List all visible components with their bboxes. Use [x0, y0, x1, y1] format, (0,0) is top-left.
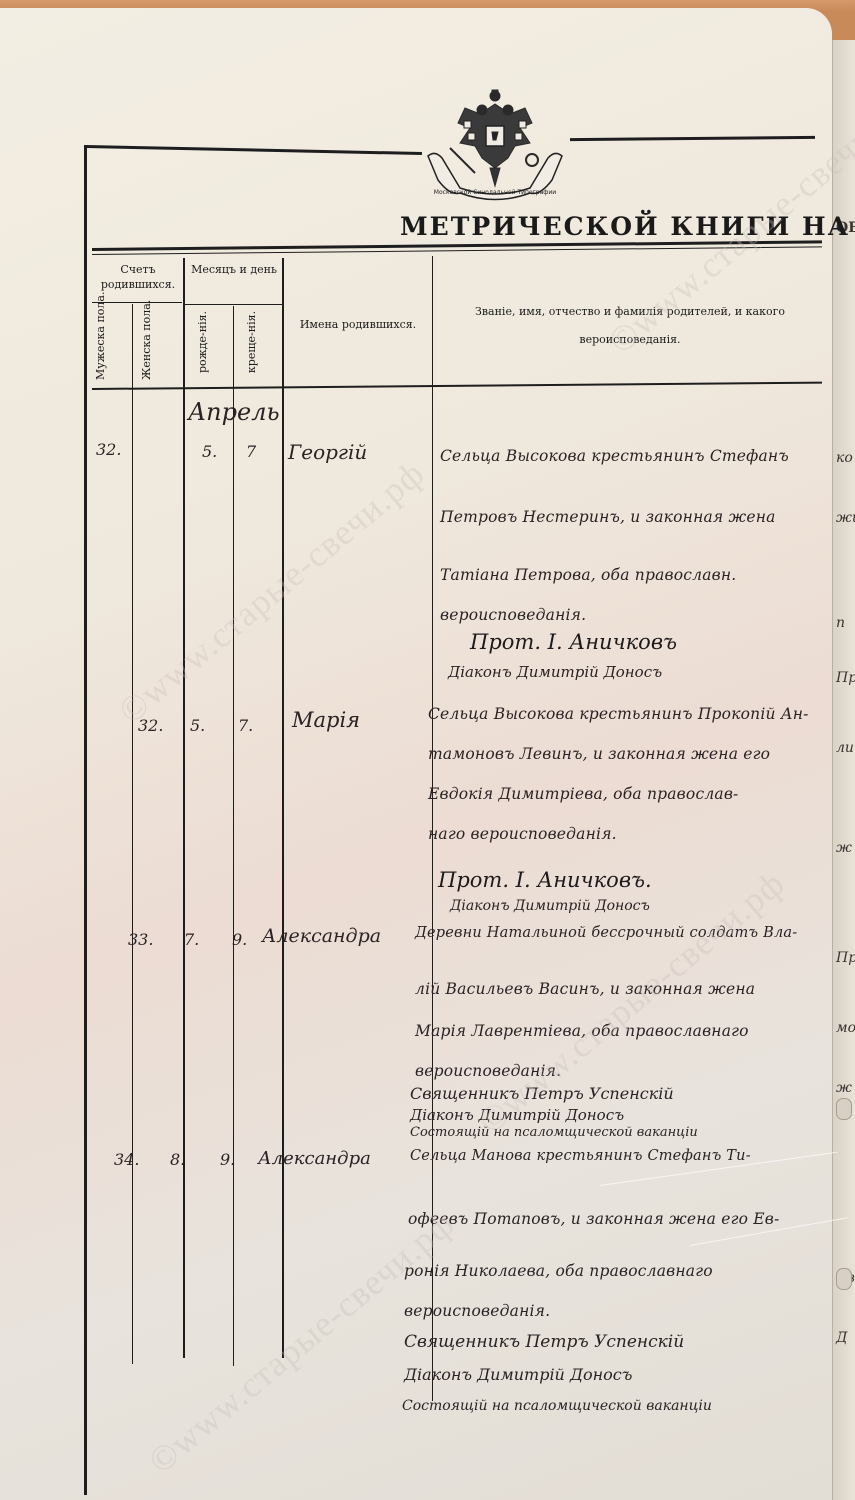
female-count: 32.: [138, 716, 163, 735]
double-headed-eagle-icon: Московской Синодальной Типографии: [420, 88, 570, 203]
parents-line: Сельца Высокова крестьянинъ Прокопій Ан-: [428, 705, 809, 723]
birth-day: 5.: [202, 442, 217, 461]
header-parents: Званіе, имя, отчество и фамилія родителе…: [460, 298, 800, 354]
parents-line: наго вероисповеданія.: [428, 825, 617, 843]
female-count: 34.: [114, 1150, 139, 1169]
header-month-day: Месяцъ и день: [188, 262, 280, 277]
parents-line: Татіана Петрова, оба православн.: [440, 566, 736, 584]
header-male: Мужеска пола.: [94, 308, 107, 380]
baptism-day: 7: [246, 442, 256, 461]
child-name: Александра: [262, 925, 381, 947]
signature: Состоящій на псаломщической ваканціи: [410, 1125, 698, 1140]
parents-line: Петровъ Нестеринъ, и законная жена: [440, 508, 776, 526]
binding-clip: [836, 1268, 852, 1290]
col-divider-born-baptized: [233, 306, 234, 1366]
parents-line: тамоновъ Левинъ, и законная жена его: [428, 745, 770, 763]
subheader-rule-month: [185, 304, 282, 305]
baptism-day: 7.: [238, 716, 253, 735]
col-divider-month-names: [282, 258, 284, 1358]
signature: Священникъ Петръ Успенскій: [410, 1084, 674, 1103]
signature: Діаконъ Димитрій Доносъ: [410, 1106, 624, 1124]
baptism-day: 9.: [220, 1150, 235, 1169]
parents-line: Сельца Манова крестьянинъ Стефанъ Ти-: [410, 1148, 751, 1164]
parents-line: вероисповеданія.: [404, 1302, 550, 1320]
header-names: Имена родившихся.: [288, 318, 428, 331]
frame-left-border: [84, 145, 87, 1495]
signature: Священникъ Петръ Успенскій: [404, 1332, 684, 1352]
header-baptized: креще-нія.: [245, 309, 258, 375]
female-count: 33.: [128, 930, 153, 949]
signature: Состоящій на псаломщической ваканціи: [402, 1398, 712, 1414]
parents-line: лій Васильевъ Васинъ, и законная жена: [415, 980, 755, 998]
signature: Діаконъ Димитрій Доносъ: [404, 1365, 632, 1384]
parents-line: Марія Лаврентіева, оба православнаго: [415, 1022, 749, 1040]
parents-line: Сельца Высокова крестьянинъ Стефанъ: [440, 447, 789, 465]
col-divider-count-month: [183, 258, 185, 1358]
child-name: Марія: [292, 708, 360, 732]
page-title: МЕТРИЧЕСКОЙ КНИГИ НА: [400, 212, 850, 241]
parents-line: ронія Николаева, оба православнаго: [404, 1262, 713, 1280]
birth-day: 5.: [190, 716, 205, 735]
signature: Діаконъ Димитрій Доносъ: [448, 663, 662, 681]
header-female: Женска пола.: [140, 308, 153, 380]
emblem-ribbon-text: Московской Синодальной Типографии: [434, 189, 556, 196]
male-count: 32.: [96, 440, 121, 459]
parents-line: вероисповеданія.: [440, 606, 586, 624]
child-name: Александра: [258, 1148, 371, 1169]
signature: Прот. І. Аничковъ.: [438, 868, 652, 892]
header-birth-count: Счетъ родившихся.: [94, 262, 182, 292]
binding-clip: [836, 1098, 852, 1120]
birth-day: 7.: [184, 930, 199, 949]
parents-line: вероисповеданія.: [415, 1062, 561, 1080]
col-divider-male-female: [132, 304, 133, 1364]
birth-day: 8.: [170, 1150, 185, 1169]
parents-line: офеевъ Потаповъ, и законная жена его Ев-: [408, 1210, 779, 1228]
parents-line: Деревни Натальиной бессрочный солдатъ Вл…: [415, 925, 797, 941]
child-name: Георгій: [288, 440, 367, 464]
month-label: Апрель: [188, 398, 280, 426]
signature: Діаконъ Димитрій Доносъ: [450, 898, 650, 914]
baptism-day: 9.: [232, 930, 247, 949]
header-born: рожде-нія.: [196, 309, 209, 375]
signature: Прот. І. Аничковъ: [470, 630, 677, 654]
parents-line: Евдокія Димитріева, оба православ-: [428, 785, 739, 803]
